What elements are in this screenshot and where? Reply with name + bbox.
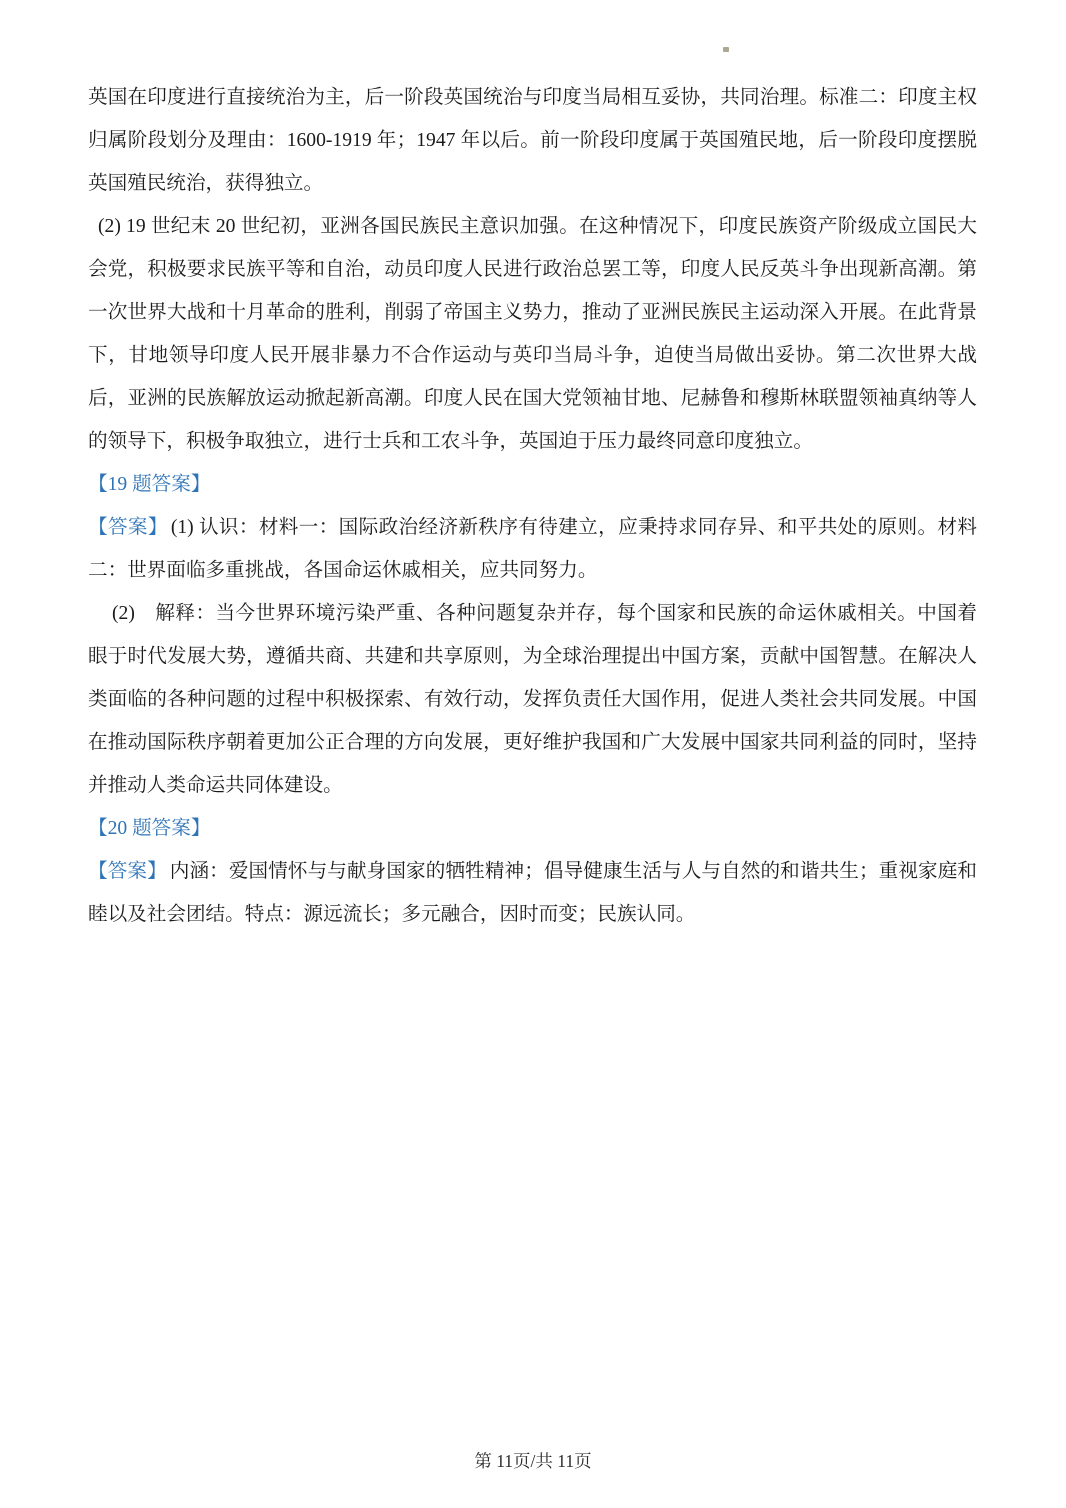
body-paragraph-standard2: 英国在印度进行直接统治为主，后一阶段英国统治与印度当局相互妥协，共同治理。标准二… [88, 76, 977, 205]
smudge-mark [723, 47, 729, 52]
body-paragraph-part2: (2) 19 世纪末 20 世纪初，亚洲各国民族民主意识加强。在这种情况下，印度… [88, 205, 977, 463]
answer-label: 【答案】 [88, 517, 168, 538]
document-page: 英国在印度进行直接统治为主，后一阶段英国统治与印度当局相互妥协，共同治理。标准二… [0, 0, 1066, 1508]
answer-text-19-1: (1) 认识：材料一：国际政治经济新秩序有待建立，应秉持求同存异、和平共处的原则… [88, 517, 977, 581]
answer-paragraph-19-1: 【答案】(1) 认识：材料一：国际政治经济新秩序有待建立，应秉持求同存异、和平共… [88, 506, 977, 592]
answer-section-heading-19: 【19 题答案】 [88, 463, 977, 506]
answer-section-heading-20: 【20 题答案】 [88, 807, 977, 850]
page-content: 英国在印度进行直接统治为主，后一阶段英国统治与印度当局相互妥协，共同治理。标准二… [88, 76, 977, 936]
answer-text-20: 内涵：爱国情怀与与献身国家的牺牲精神；倡导健康生活与人与自然的和谐共生；重视家庭… [88, 861, 977, 925]
answer-label: 【答案】 [88, 861, 167, 882]
answer-paragraph-19-2: (2) 解释：当今世界环境污染严重、各种问题复杂并存，每个国家和民族的命运休戚相… [88, 592, 977, 807]
answer-paragraph-20: 【答案】内涵：爱国情怀与与献身国家的牺牲精神；倡导健康生活与人与自然的和谐共生；… [88, 850, 977, 936]
page-footer: 第 11页/共 11页 [0, 1448, 1066, 1473]
